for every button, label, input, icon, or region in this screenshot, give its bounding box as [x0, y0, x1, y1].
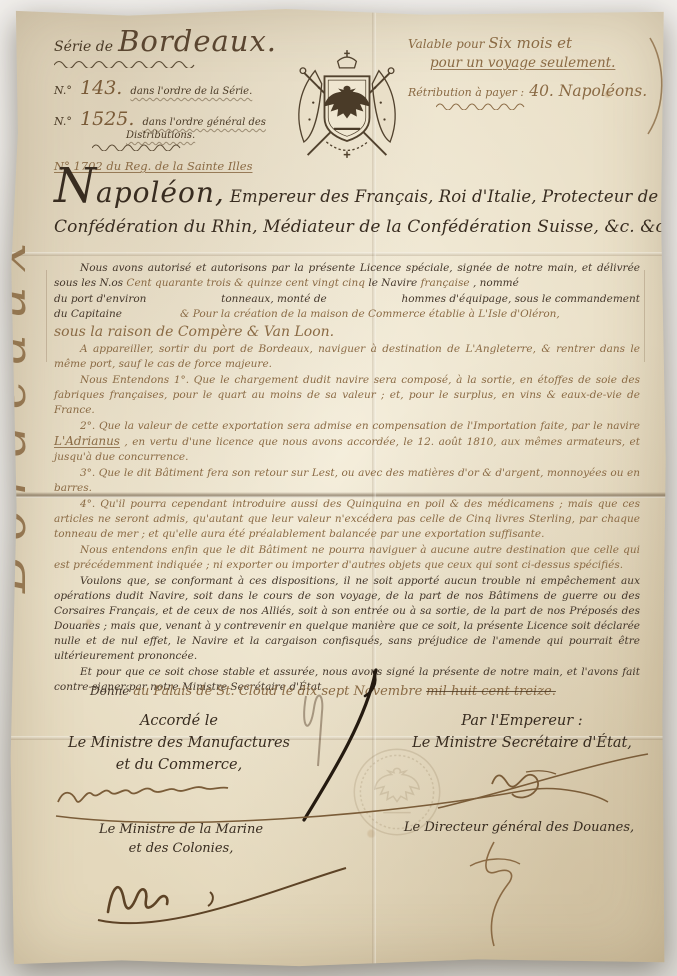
paragraph-preamble: Nous avons autorisé et autorisons par la… [54, 261, 640, 291]
validity-label: Valable pour [408, 37, 485, 51]
serial-number-value: 143. [77, 77, 125, 99]
header-right-block: Valable pour Six mois et pour un voyage … [408, 34, 656, 110]
paragraph-condition-2: 2°. Que la valeur de cette exportation s… [54, 419, 640, 465]
print-text: du port d'environ [54, 292, 146, 307]
paragraph-restriction: Nous entendons enfin que le dit Bâtiment… [54, 543, 640, 573]
marine-title-2: et des Colonies, [76, 839, 286, 858]
print-text: tonneaux, monté de [221, 292, 327, 307]
blank-field [122, 307, 180, 322]
manufactures-title-2: et du Commerce, [54, 754, 304, 776]
distribution-number-value: 1525. [77, 108, 137, 130]
title-line-1: Napoléon, Empereur des Français, Roi d'I… [54, 166, 644, 209]
signature-block-customs: Le Directeur général des Douanes, [394, 818, 644, 837]
paragraph-voyage: A appareiller, sortir du port de Bordeau… [54, 342, 640, 372]
handwritten-insert: & Pour la création de la maison de Comme… [180, 307, 560, 322]
ship-name: L'Adrianus [54, 434, 120, 448]
date-line: Donné au Palais de St. Cloud le dix sept… [90, 684, 556, 699]
handwritten-text: , en vertu d'une licence que nous avons … [54, 436, 640, 463]
number-prefix: N.° [54, 115, 72, 128]
pen-flourish-icon [646, 36, 666, 136]
customs-director-signature [442, 834, 547, 952]
distribution-number-caption: dans l'ordre général des [143, 117, 266, 128]
validity-line-2: pour un voyage seulement. [430, 55, 656, 71]
series-city: Bordeaux. [118, 24, 277, 58]
series-label: Série de [54, 39, 113, 55]
signature-block-state-secretary: Par l'Empereur : Le Ministre Secrétaire … [392, 710, 652, 754]
granted-label: Accordé le [54, 710, 304, 732]
paragraph-condition-4: 4°. Qu'il pourra cependant introduire au… [54, 497, 640, 542]
serial-number-row: N.° 143. dans l'ordre de la Série. [54, 77, 284, 99]
napoleonic-license-document: Bordeaux Série de Bordeaux. N.° 143. dan… [10, 8, 667, 968]
validity-line-1: Valable pour Six mois et [408, 34, 656, 52]
state-secretary-title: Le Ministre Secrétaire d'État, [392, 732, 652, 754]
counterfoil-script: Bordeaux [10, 229, 38, 593]
fee-value: 40. Napoléons. [529, 82, 647, 100]
serial-number-caption: dans l'ordre de la Série. [130, 86, 252, 97]
signature-block-manufactures: Accordé le Le Ministre des Manufactures … [54, 710, 304, 776]
header-left-block: Série de Bordeaux. N.° 143. dans l'ordre… [54, 24, 284, 173]
title-initial: N [54, 158, 96, 214]
emperor-label: Par l'Empereur : [392, 710, 652, 732]
handwritten-date: au Palais de St. Cloud le dix sept Novem… [133, 684, 422, 699]
print-text: Donné [90, 684, 129, 698]
paragraph-penalty: Voulons que, se conformant à ces disposi… [54, 574, 640, 664]
title-line-1-rest: Empereur des Français, Roi d'Italie, Pro… [230, 187, 667, 206]
margin-rule-right [644, 270, 645, 362]
margin-rule-left [46, 270, 47, 362]
signature-block-marine: Le Ministre de la Marine et des Colonies… [76, 820, 286, 858]
handwritten-text: 2°. Que la valeur de cette exportation s… [80, 420, 640, 432]
flourish-divider [436, 102, 532, 110]
distribution-number-caption-2: Distributions. [126, 130, 284, 141]
customs-title: Le Directeur général des Douanes, [394, 818, 644, 837]
handwritten-insert: française [421, 277, 470, 289]
print-text: hommes d'équipage, sous le commandement [401, 292, 640, 307]
distribution-number-row: N.° 1525. dans l'ordre général des [54, 108, 284, 130]
print-text: le Navire [368, 277, 417, 289]
handwritten-date-struck: mil huit cent treize. [426, 684, 556, 699]
tonnage-line: du port d'environ tonneaux, monté de hom… [54, 292, 640, 307]
document-title: Napoléon, Empereur des Français, Roi d'I… [54, 166, 644, 237]
print-text: , nommé [473, 277, 519, 289]
photo-background: Bordeaux Série de Bordeaux. N.° 143. dan… [0, 0, 677, 976]
validity-value: Six mois et [488, 34, 572, 52]
captain-line: du Capitaine & Pour la création de la ma… [54, 307, 640, 322]
imperial-coat-of-arms-icon [272, 50, 422, 172]
handwritten-insert: Cent quarante trois & quinze cent vingt … [126, 277, 365, 289]
paragraph-condition-3: 3°. Que le dit Bâtiment fera son retour … [54, 466, 640, 496]
fold-crease-horizontal-upper [10, 252, 667, 256]
manufactures-title-1: Le Ministre des Manufactures [54, 732, 304, 754]
state-secretary-signature [430, 750, 655, 820]
title-line-2: Confédération du Rhin, Médiateur de la C… [54, 217, 644, 237]
license-body-text: Nous avons autorisé et autorisons par la… [54, 260, 640, 696]
fee-label: Rétribution à payer : [408, 86, 524, 99]
flourish-divider [92, 143, 184, 151]
fee-row: Rétribution à payer : 40. Napoléons. [408, 81, 656, 100]
number-prefix: N.° [54, 84, 72, 97]
marine-minister-signature [88, 856, 353, 934]
print-text: du Capitaine [54, 307, 122, 322]
paragraph-condition-1: Nous Entendons 1°. Que le chargement dud… [54, 373, 640, 418]
company-line: sous la raison de Compère & Van Loon. [54, 323, 640, 341]
title-name: apoléon, [96, 176, 225, 209]
series-title: Série de Bordeaux. [54, 24, 284, 58]
marine-title-1: Le Ministre de la Marine [76, 820, 286, 839]
flourish-divider [54, 60, 204, 68]
document-sheet-wrap: Bordeaux Série de Bordeaux. N.° 143. dan… [10, 8, 667, 968]
